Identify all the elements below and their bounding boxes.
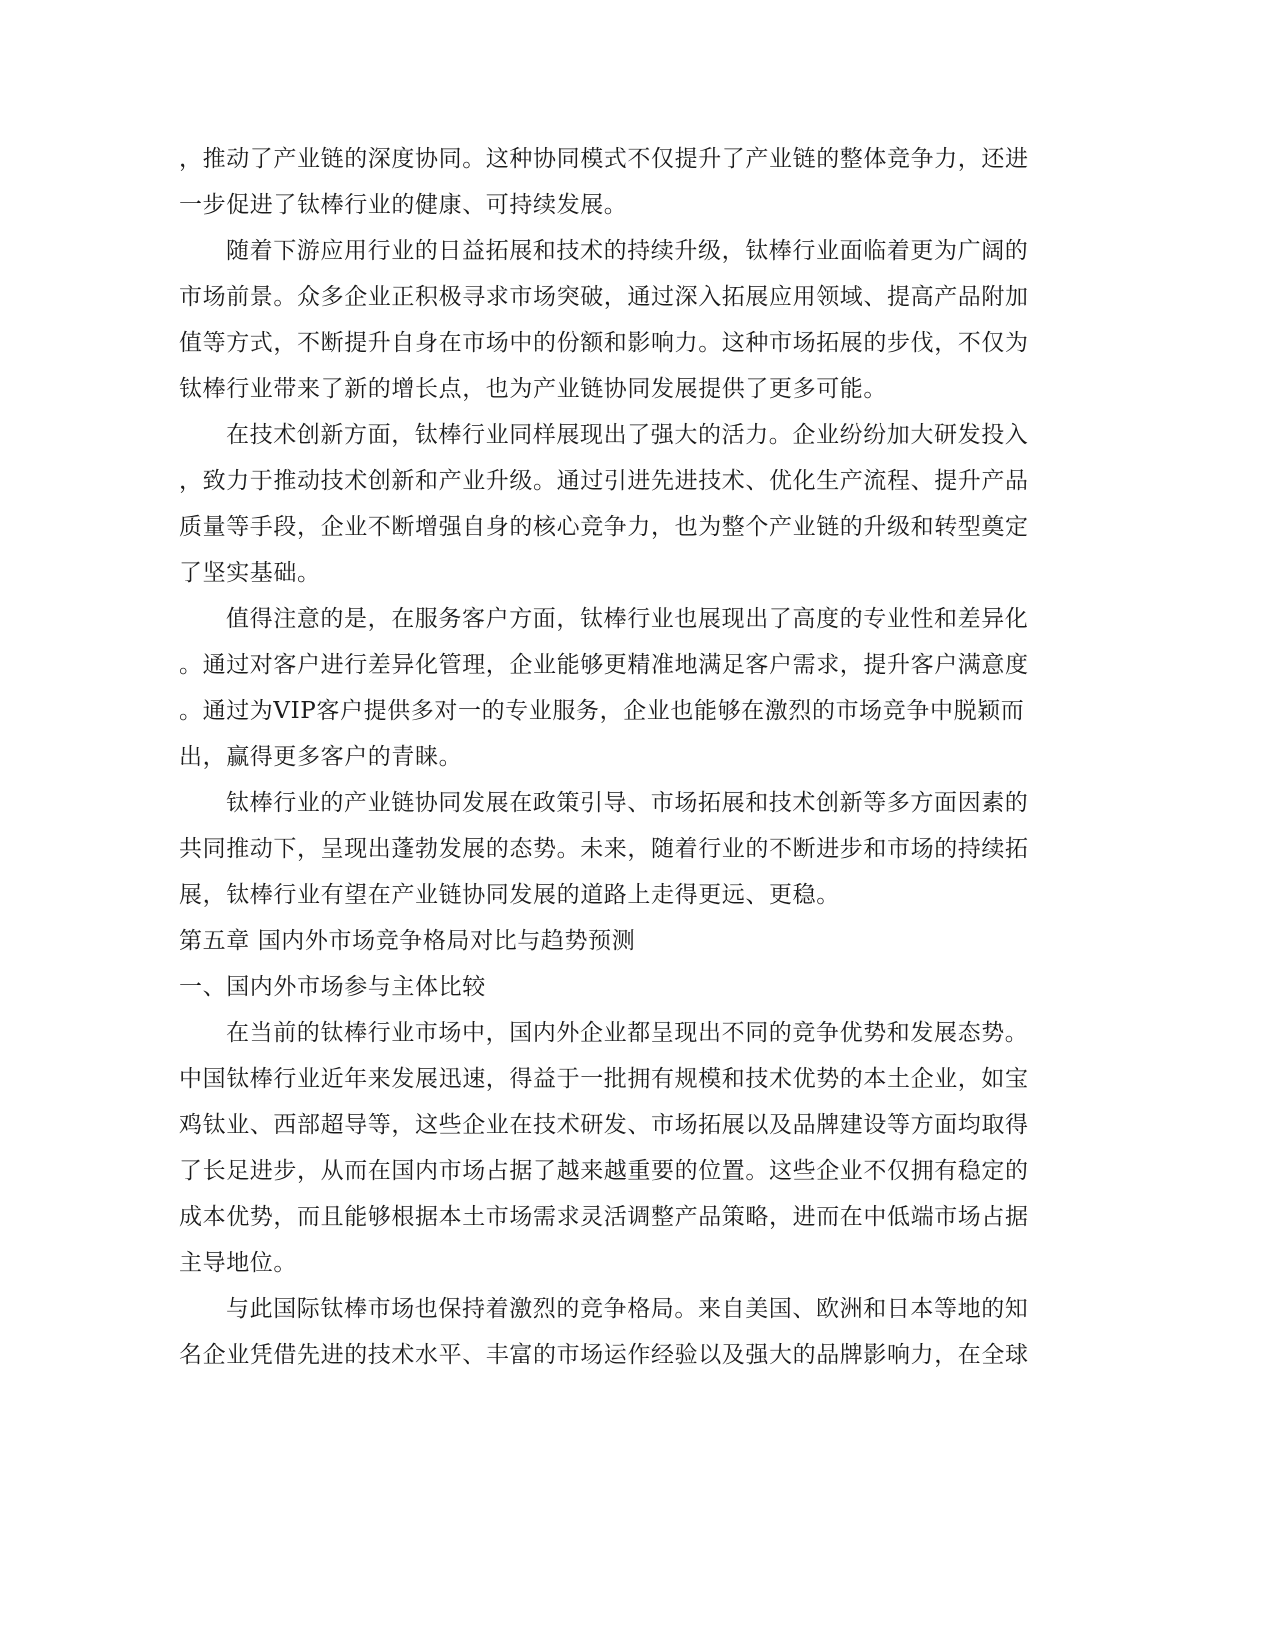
paragraph-line: 中国钛棒行业近年来发展迅速，得益于一批拥有规模和技术优势的本土企业，如宝 <box>179 1064 1079 1094</box>
chapter-heading: 第五章 国内外市场竞争格局对比与趋势预测 <box>179 926 1079 956</box>
paragraph-line: 值等方式，不断提升自身在市场中的份额和影响力。这种市场拓展的步伐，不仅为 <box>179 328 1079 358</box>
paragraph-line: 了坚实基础。 <box>179 558 1079 588</box>
paragraph-line: 。通过为VIP客户提供多对一的专业服务，企业也能够在激烈的市场竞争中脱颖而 <box>179 696 1079 726</box>
paragraph-line: 成本优势，而且能够根据本土市场需求灵活调整产品策略，进而在中低端市场占据 <box>179 1202 1079 1232</box>
paragraph-line: 名企业凭借先进的技术水平、丰富的市场运作经验以及强大的品牌影响力，在全球 <box>179 1340 1079 1370</box>
paragraph-line: 随着下游应用行业的日益拓展和技术的持续升级，钛棒行业面临着更为广阔的 <box>226 236 1126 266</box>
paragraph-line: 在技术创新方面，钛棒行业同样展现出了强大的活力。企业纷纷加大研发投入 <box>226 420 1126 450</box>
section-heading: 一、国内外市场参与主体比较 <box>179 972 1079 1002</box>
paragraph-line: 主导地位。 <box>179 1248 1079 1278</box>
paragraph-line: 了长足进步，从而在国内市场占据了越来越重要的位置。这些企业不仅拥有稳定的 <box>179 1156 1079 1186</box>
paragraph-line: 钛棒行业带来了新的增长点，也为产业链协同发展提供了更多可能。 <box>179 374 1079 404</box>
paragraph-line: 市场前景。众多企业正积极寻求市场突破，通过深入拓展应用领域、提高产品附加 <box>179 282 1079 312</box>
paragraph-line: 一步促进了钛棒行业的健康、可持续发展。 <box>179 190 1079 220</box>
paragraph-line: 鸡钛业、西部超导等，这些企业在技术研发、市场拓展以及品牌建设等方面均取得 <box>179 1110 1079 1140</box>
paragraph-line: ，推动了产业链的深度协同。这种协同模式不仅提升了产业链的整体竞争力，还进 <box>179 144 1079 174</box>
paragraph-line: 共同推动下，呈现出蓬勃发展的态势。未来，随着行业的不断进步和市场的持续拓 <box>179 834 1079 864</box>
paragraph-line: 在当前的钛棒行业市场中，国内外企业都呈现出不同的竞争优势和发展态势。 <box>226 1018 1126 1048</box>
paragraph-line: 质量等手段，企业不断增强自身的核心竞争力，也为整个产业链的升级和转型奠定 <box>179 512 1079 542</box>
paragraph-line: 钛棒行业的产业链协同发展在政策引导、市场拓展和技术创新等多方面因素的 <box>226 788 1126 818</box>
paragraph-line: 展，钛棒行业有望在产业链协同发展的道路上走得更远、更稳。 <box>179 880 1079 910</box>
paragraph-line: 。通过对客户进行差异化管理，企业能够更精准地满足客户需求，提升客户满意度 <box>179 650 1079 680</box>
paragraph-line: ，致力于推动技术创新和产业升级。通过引进先进技术、优化生产流程、提升产品 <box>179 466 1079 496</box>
paragraph-line: 出，赢得更多客户的青睐。 <box>179 742 1079 772</box>
document-page: ，推动了产业链的深度协同。这种协同模式不仅提升了产业链的整体竞争力，还进 一步促… <box>0 0 1275 1650</box>
paragraph-line: 与此国际钛棒市场也保持着激烈的竞争格局。来自美国、欧洲和日本等地的知 <box>226 1294 1126 1324</box>
paragraph-line: 值得注意的是，在服务客户方面，钛棒行业也展现出了高度的专业性和差异化 <box>226 604 1126 634</box>
